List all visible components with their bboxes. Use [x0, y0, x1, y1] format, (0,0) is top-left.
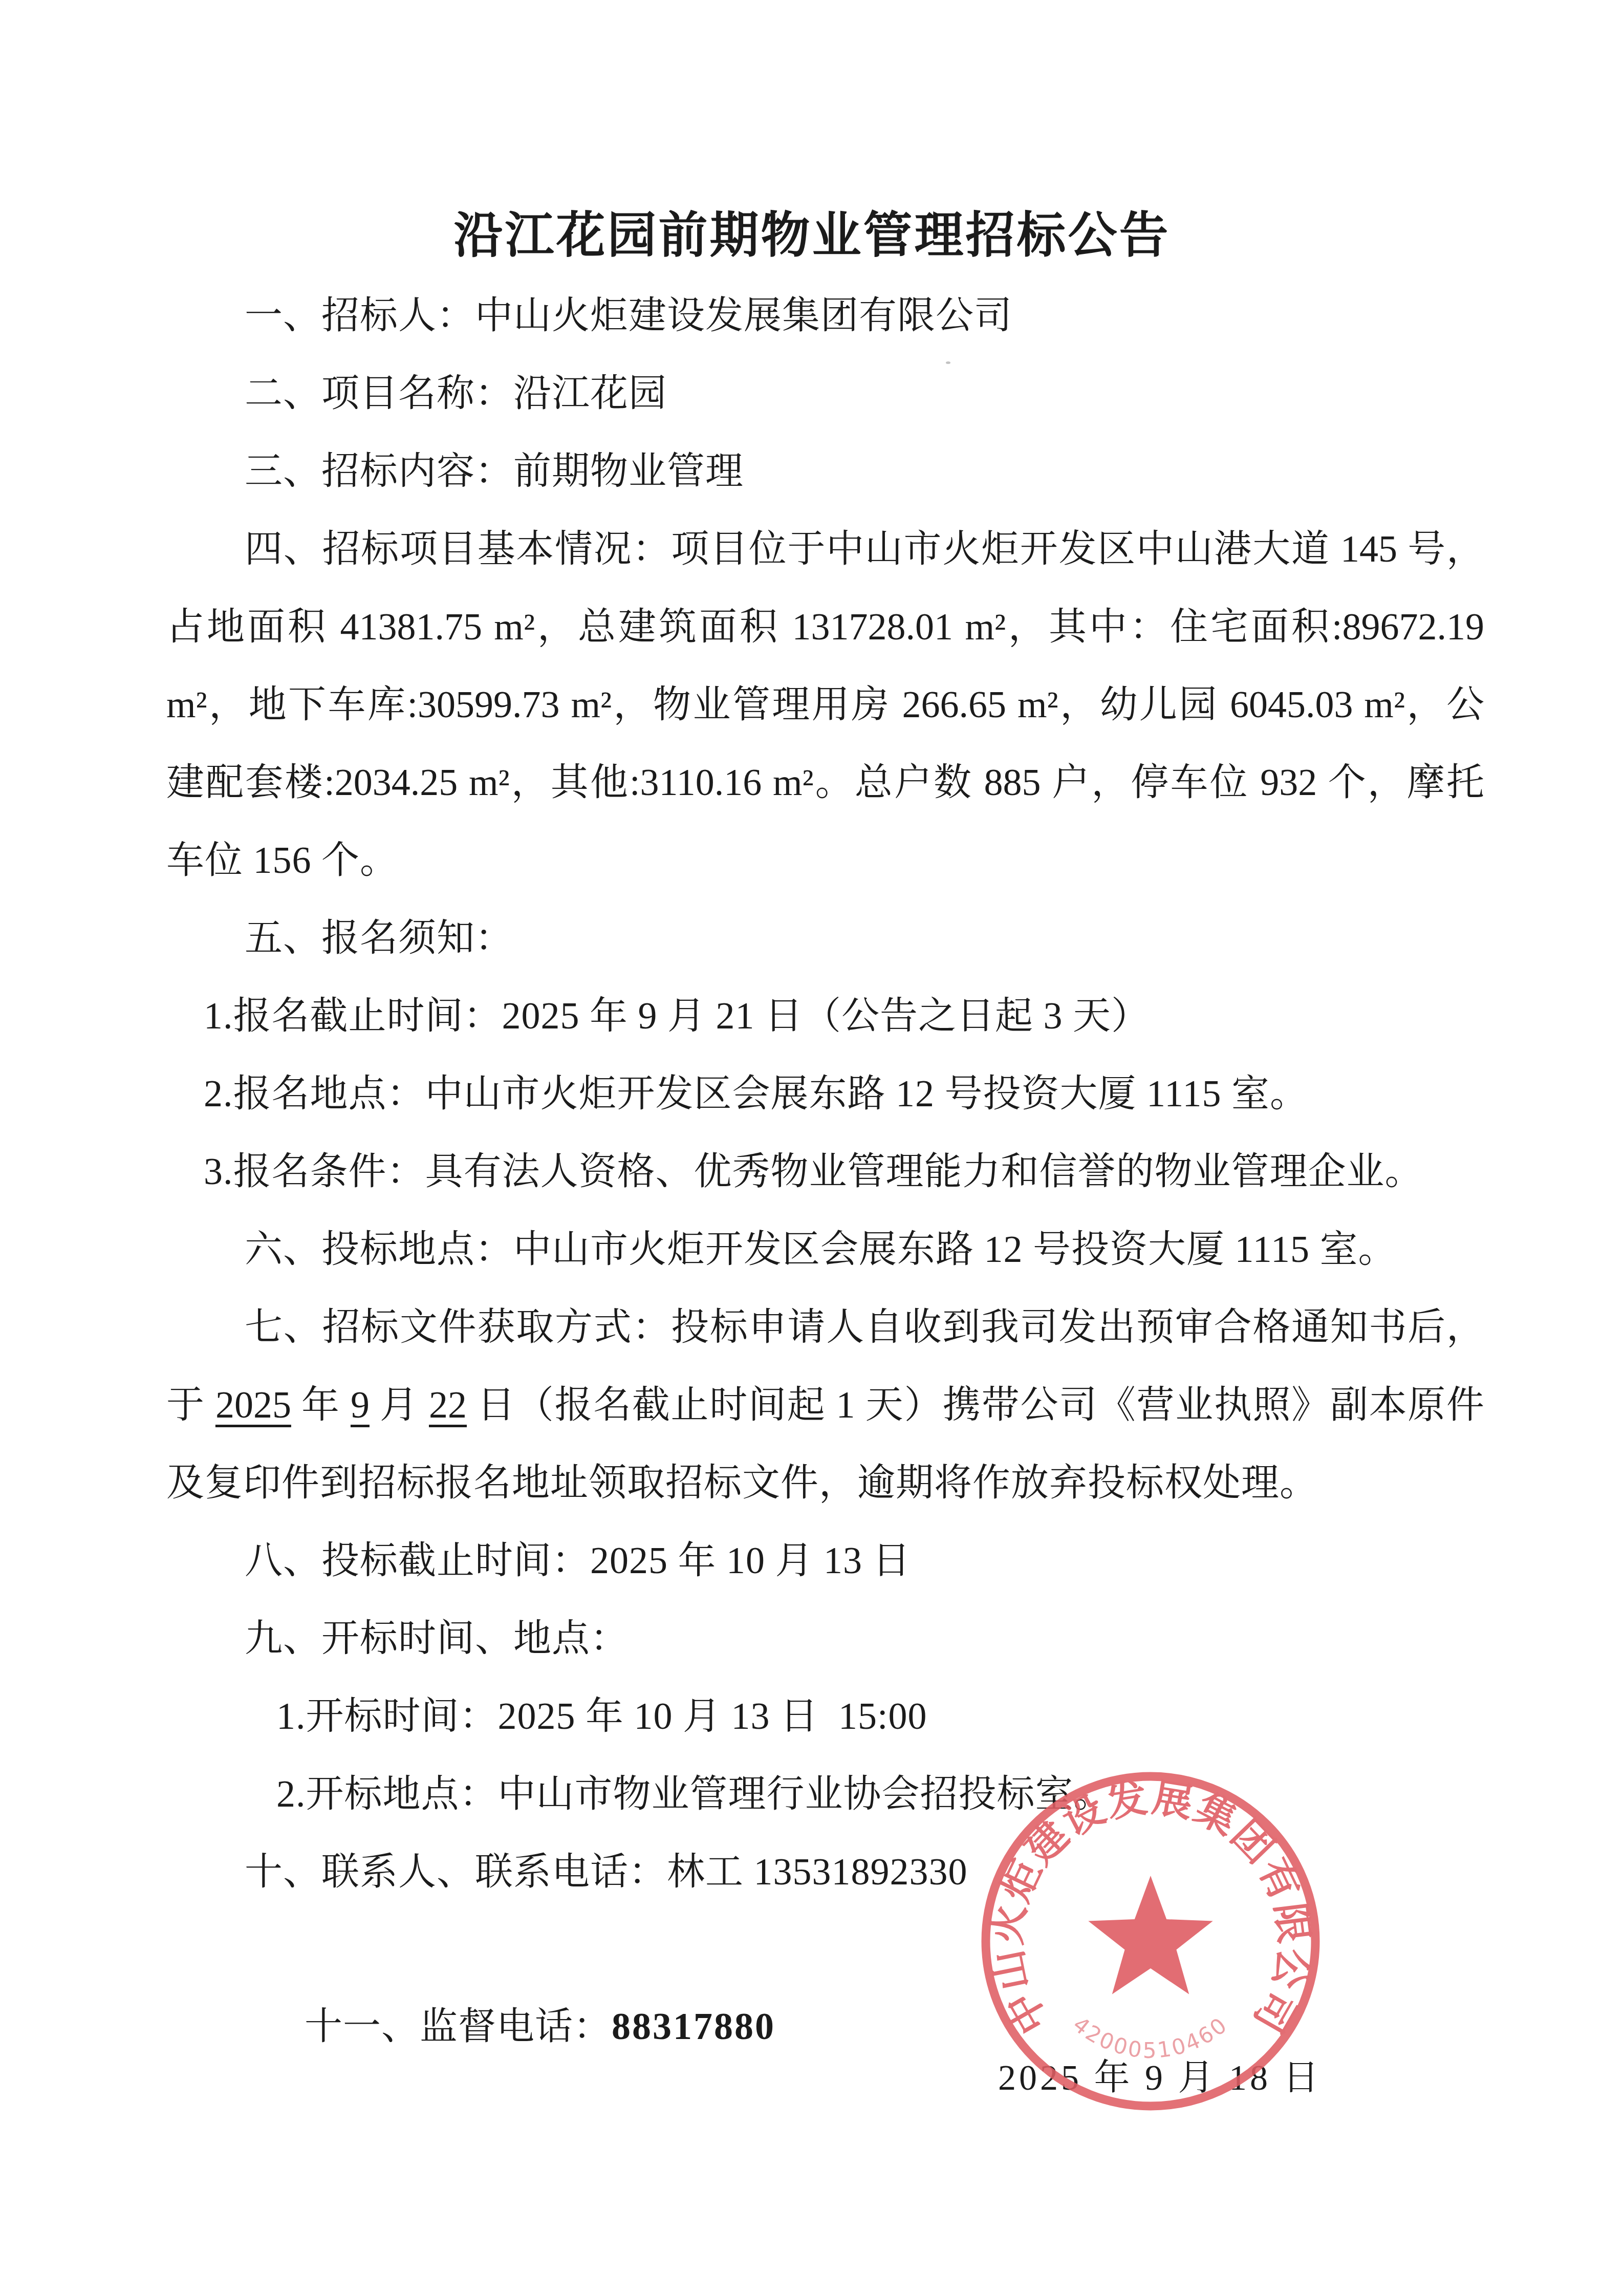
- item-9-opening-heading: 九、开标时间、地点：: [245, 1600, 629, 1677]
- supervision-number: 88317880: [612, 2006, 775, 2048]
- registration-address: 2.报名地点：中山市火炬开发区会展东路 12 号投资大厦 1115 室。: [204, 1056, 1308, 1132]
- item-3-tender-content: 三、招标内容：前期物业管理: [245, 433, 744, 510]
- item-8-bid-deadline: 八、投标截止时间：2025 年 10 月 13 日: [245, 1522, 911, 1599]
- scan-speck: [946, 361, 950, 364]
- item-1-tenderer: 一、招标人：中山火炬建设发展集团有限公司: [245, 277, 1012, 354]
- item-7-doc-acquisition-line3: 及复印件到招标报名地址领取招标文件，逾期将作放弃投标权处理。: [166, 1445, 1318, 1521]
- page-title: 沿江花园前期物业管理招标公告: [0, 200, 1624, 271]
- item-4-basic-info-line1: 四、招标项目基本情况：项目位于中山市火炬开发区中山港大道 145 号，: [245, 511, 1484, 588]
- item-7-doc-acquisition-line2: 于 2025 年 9 月 22 日（报名截止时间起 1 天）携带公司《营业执照》…: [166, 1367, 1484, 1444]
- item-11-supervision-phone: 十一、监督电话：88317880: [245, 1912, 775, 2142]
- text-segment: 月: [370, 1384, 429, 1426]
- registration-conditions: 3.报名条件：具有法人资格、优秀物业管理能力和信誉的物业管理企业。: [204, 1133, 1423, 1210]
- item-4-basic-info-line4: 建配套楼:2034.25 m²，其他:3110.16 m²。总户数 885 户，…: [166, 744, 1484, 821]
- document-page: 中山火炬建设发展集团有限公司 4420005104608 沿江花园前期物业管理招…: [0, 0, 1624, 2296]
- item-6-bid-location: 六、投标地点：中山市火炬开发区会展东路 12 号投资大厦 1115 室。: [245, 1211, 1397, 1288]
- text-segment: 日（报名截止时间起 1 天）携带公司《营业执照》副本原件: [467, 1384, 1484, 1426]
- underlined-day: 22: [429, 1384, 467, 1426]
- registration-deadline: 1.报名截止时间：2025 年 9 月 21 日（公告之日起 3 天）: [204, 978, 1150, 1055]
- underlined-month: 9: [351, 1384, 370, 1426]
- item-2-project-name: 二、项目名称：沿江花园: [245, 355, 667, 432]
- item-10-contact: 十、联系人、联系电话：林工 13531892330: [245, 1834, 968, 1911]
- seal-star-icon: [1088, 1876, 1212, 1994]
- supervision-label: 十一、监督电话：: [305, 2006, 612, 2048]
- opening-time: 1.开标时间：2025 年 10 月 13 日 15:00: [276, 1678, 927, 1755]
- underlined-year: 2025: [215, 1384, 291, 1426]
- text-segment: 于: [166, 1384, 215, 1426]
- item-7-doc-acquisition-line1: 七、招标文件获取方式：投标申请人自收到我司发出预审合格通知书后，: [245, 1289, 1484, 1366]
- item-4-basic-info-line2: 占地面积 41381.75 m²，总建筑面积 131728.01 m²，其中：住…: [166, 589, 1484, 666]
- item-5-registration-notes-heading: 五、报名须知：: [245, 900, 513, 977]
- item-4-basic-info-line3: m²，地下车库:30599.73 m²，物业管理用房 266.65 m²，幼儿园…: [166, 667, 1484, 743]
- company-seal: 中山火炬建设发展集团有限公司 4420005104608: [971, 1762, 1330, 2120]
- text-segment: 年: [291, 1384, 351, 1426]
- item-4-basic-info-line5: 车位 156 个。: [166, 822, 398, 899]
